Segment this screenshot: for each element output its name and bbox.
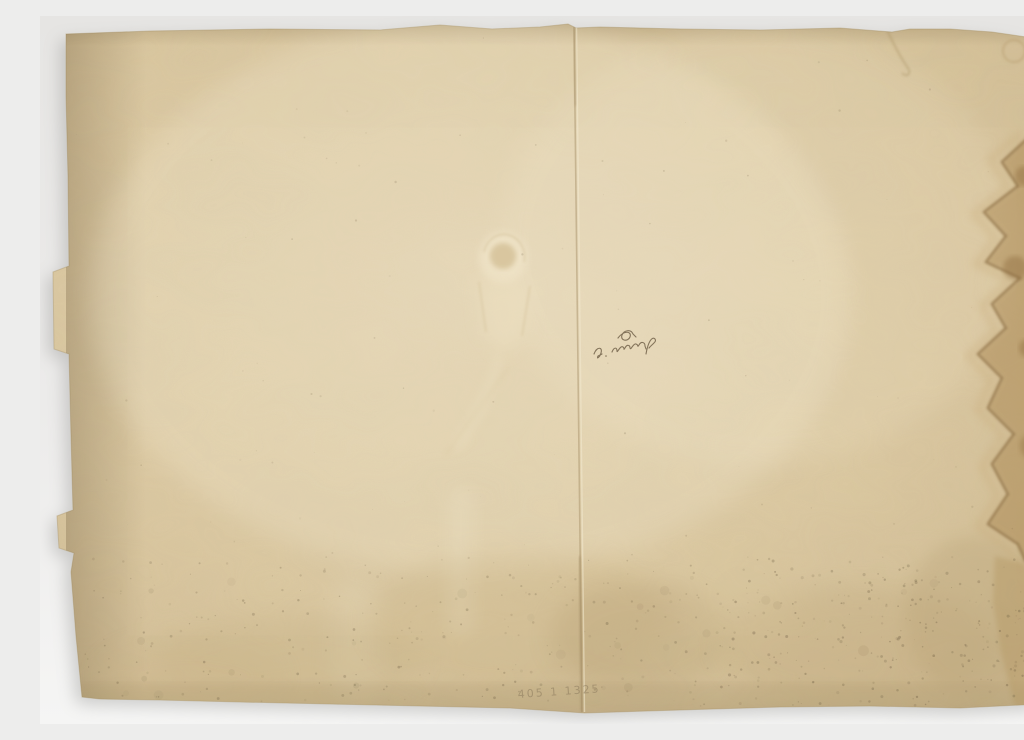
ring-mark (1003, 40, 1024, 62)
photo-of-document-verso: 405 1 1325 (40, 16, 1024, 724)
